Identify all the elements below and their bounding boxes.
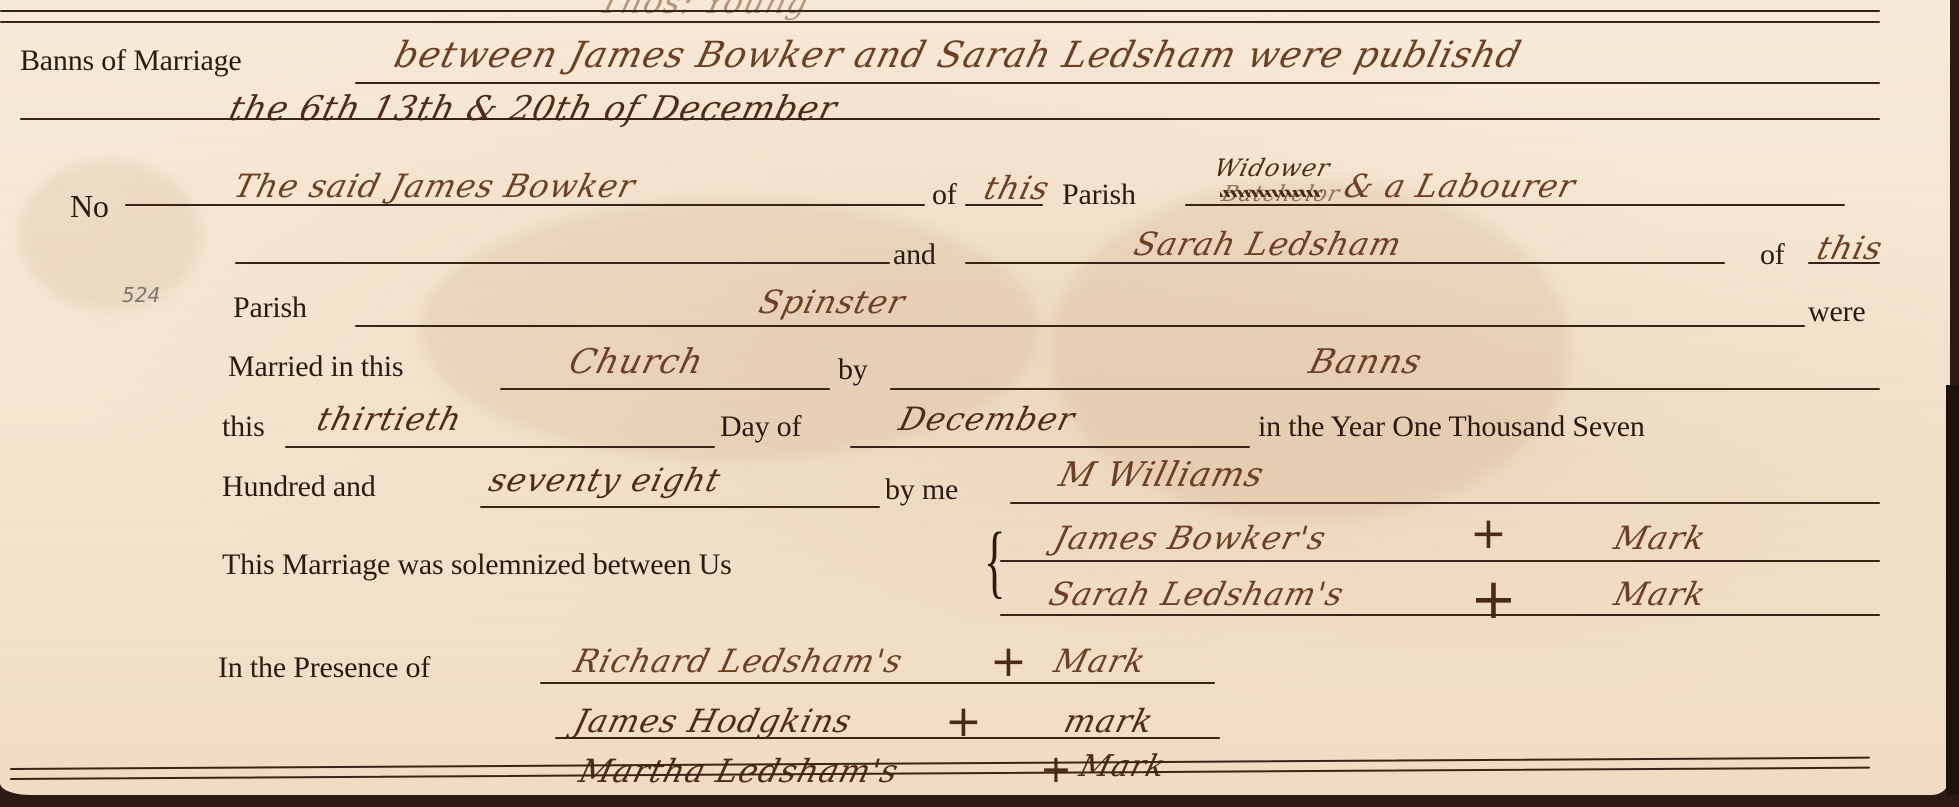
marriage-day: thirtieth <box>314 403 465 435</box>
strikethrough-mark <box>1220 190 1322 197</box>
bride-of-label: of <box>1760 240 1785 270</box>
were-label: were <box>1808 297 1866 327</box>
bride-parish-rule <box>355 325 1805 327</box>
groom-of-label: of <box>932 180 957 210</box>
groom-parish-rule <box>1185 204 1845 206</box>
previous-entry-handwriting: Thos: Young <box>596 0 813 18</box>
marriage-month-rule <box>850 446 1250 448</box>
witness-3-mark-label: Mark <box>1076 752 1169 782</box>
groom-parish-label: Parish <box>1062 180 1136 210</box>
groom-cross-mark: + <box>1470 512 1507 556</box>
marriage-day-rule <box>285 446 715 448</box>
marriage-year-rule <box>480 506 880 508</box>
page-edge-shadow <box>1946 385 1959 795</box>
bride-of-value: this <box>1814 232 1886 264</box>
witness-1-cross-mark: + <box>990 640 1027 684</box>
hundred-and-label: Hundred and <box>222 472 376 502</box>
bride-and-label: and <box>893 240 936 270</box>
presence-label: In the Presence of <box>218 653 430 683</box>
solemnized-label: This Marriage was solemnized between Us <box>222 550 732 580</box>
year-label: in the Year One Thousand Seven <box>1258 412 1645 442</box>
bride-blank-rule <box>235 262 890 264</box>
groom-signature-rule <box>1000 560 1880 562</box>
groom-of-value: this <box>981 172 1053 204</box>
witness-3-name: Martha Ledsham's <box>576 755 902 787</box>
this-label: this <box>222 412 265 442</box>
officiant-signature: M Williams <box>1056 458 1268 492</box>
by-label: by <box>838 355 868 385</box>
witness-1-mark-label: Mark <box>1051 645 1150 677</box>
party-name-groom: James Bowker's <box>1051 522 1330 554</box>
witness-2-rule <box>555 737 1220 739</box>
banns-text-line1: between James Bowker and Sarah Ledsham w… <box>391 38 1525 74</box>
witness-1-rule <box>540 682 1215 684</box>
groom-status-value: Widower <box>1212 156 1333 180</box>
groom-mark-label: Mark <box>1611 522 1710 554</box>
entry-number-label: No <box>70 190 109 222</box>
banns-text-line2: the 6th 13th & 20th of December <box>226 92 841 126</box>
banns-label: Banns of Marriage <box>20 46 242 76</box>
top-rule-1 <box>0 10 1880 12</box>
bride-mark-label: Mark <box>1611 578 1710 610</box>
bride-of-rule <box>1808 262 1880 264</box>
ink-bleed-stain <box>20 160 200 310</box>
groom-name-rule <box>125 204 925 206</box>
bottom-rule-2 <box>10 767 1870 780</box>
bride-name-rule <box>965 262 1725 264</box>
banns-rule-2 <box>20 118 1880 120</box>
witness-1-name: Richard Ledsham's <box>571 645 906 677</box>
bride-parish-label: Parish <box>233 293 307 323</box>
bride-signature-rule <box>1000 614 1880 616</box>
witness-2-name: James Hodgkins <box>571 705 856 737</box>
marriage-by-rule <box>890 388 1880 390</box>
day-of-label: Day of <box>720 412 801 442</box>
groom-occupation: & a Labourer <box>1341 170 1579 202</box>
marriage-place-rule <box>500 388 830 390</box>
groom-of-rule <box>965 204 1043 206</box>
party-name-bride: Sarah Ledsham's <box>1046 578 1347 610</box>
bride-name: Sarah Ledsham <box>1131 228 1405 260</box>
marriage-place: Church <box>566 345 707 379</box>
register-page: Thos: Young Banns of Marriage between Ja… <box>0 0 1950 795</box>
marriage-month: December <box>896 403 1078 435</box>
groom-name: The said James Bowker <box>231 170 639 202</box>
banns-rule-1 <box>355 82 1880 84</box>
marriage-by-value: Banns <box>1306 345 1426 379</box>
married-in-label: Married in this <box>228 352 403 382</box>
bride-status-value: Spinster <box>756 286 909 318</box>
officiant-rule <box>1010 502 1880 504</box>
marriage-year: seventy eight <box>486 464 724 496</box>
by-me-label: by me <box>885 475 958 505</box>
witness-2-mark-label: mark <box>1061 705 1157 737</box>
pencil-entry-number: 524 <box>122 283 160 307</box>
witness-3-cross-mark: + <box>1040 750 1072 788</box>
top-rule-2 <box>0 21 1880 23</box>
bride-cross-mark: + <box>1470 572 1517 628</box>
